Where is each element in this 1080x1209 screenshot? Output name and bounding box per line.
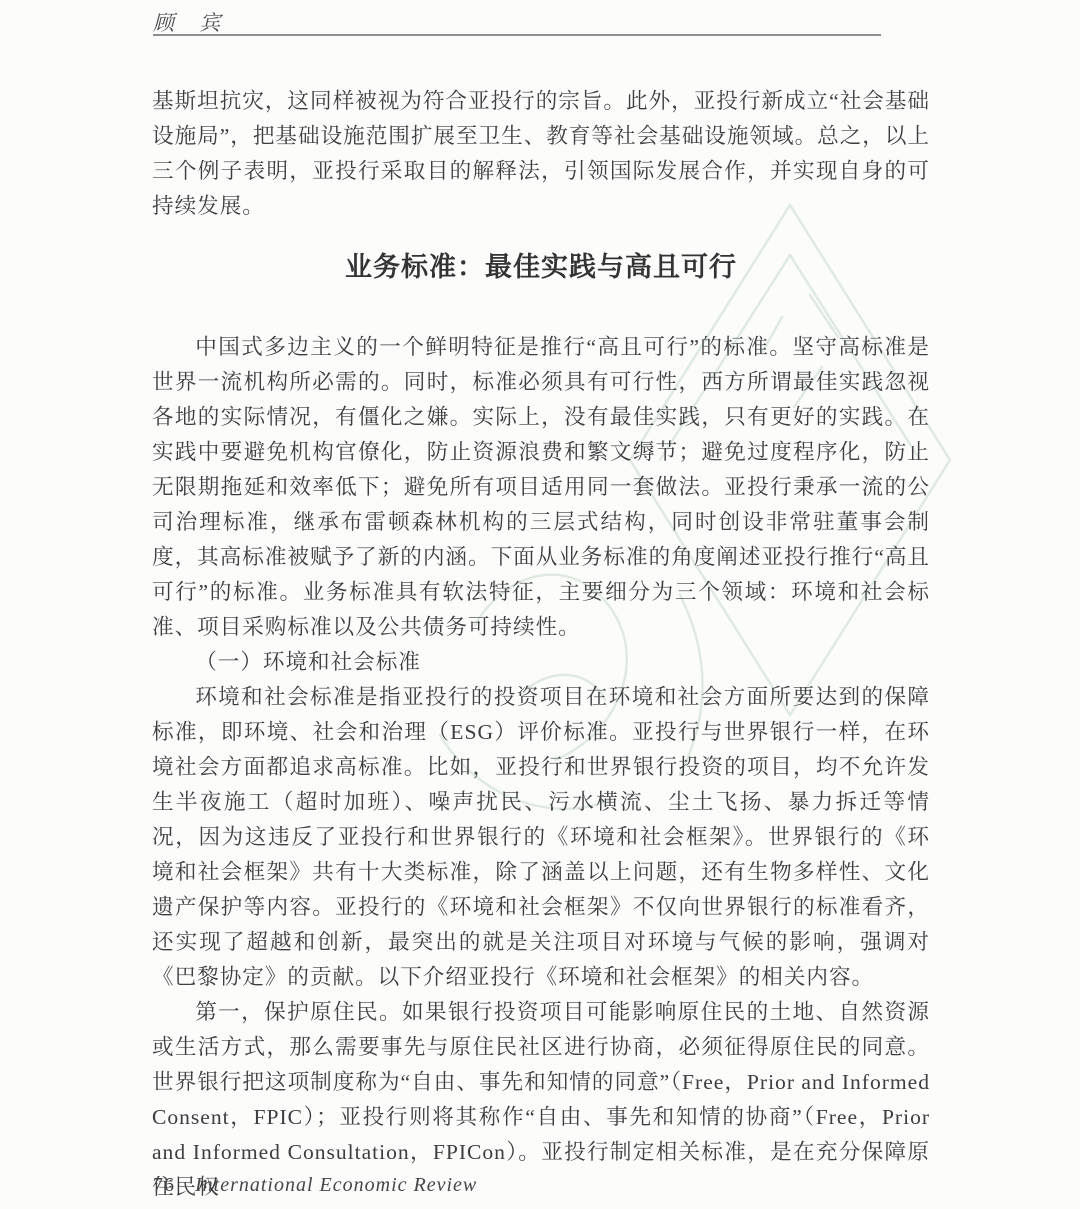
paragraph-esf: 环境和社会标准是指亚投行的投资项目在环境和社会方面所要达到的保障标准，即环境、社… [152,680,930,995]
paragraph-opening: 基斯坦抗灾，这同样被视为符合亚投行的宗旨。此外，亚投行新成立“社会基础设施局”，… [152,84,930,224]
footer-journal-title: International Economic Review [195,1174,477,1196]
subsection-title: （一）环境和社会标准 [152,645,930,680]
running-head-author: 顾 宾 [153,7,230,37]
page-body: 基斯坦抗灾，这同样被视为符合亚投行的宗旨。此外，亚投行新成立“社会基础设施局”，… [152,84,930,1205]
paragraph-section: 中国式多边主义的一个鲜明特征是推行“高且可行”的标准。坚守高标准是世界一流机构所… [152,330,930,645]
document-page: 顾 宾 基斯坦抗灾，这同样被视为符合亚投行的宗旨。此外，亚投行新成立“社会基础设… [0,0,1080,1209]
footer-page-number: 76 [153,1174,175,1197]
section-title: 业务标准：最佳实践与高且可行 [152,249,930,285]
header-rule [153,34,881,36]
page-footer: 76International Economic Review [153,1174,477,1197]
